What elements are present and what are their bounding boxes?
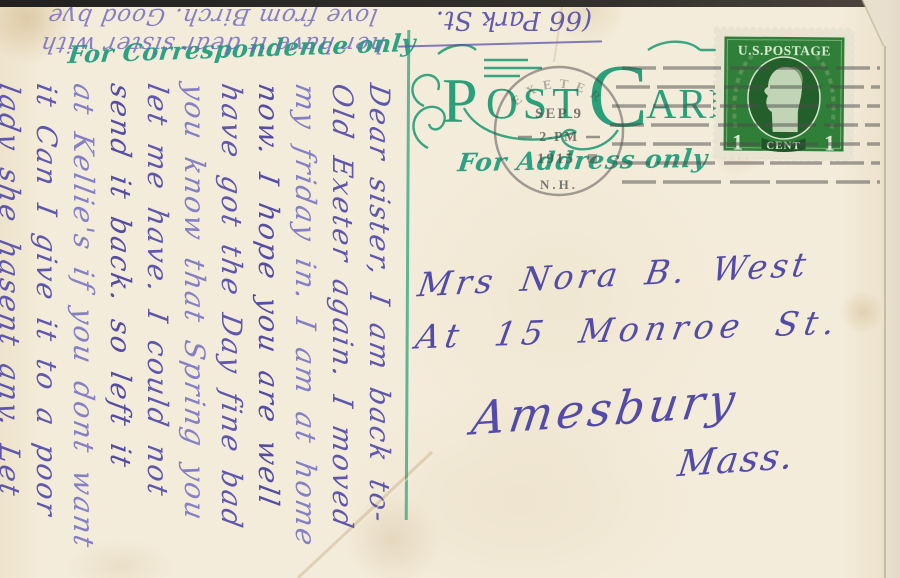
crease-lines — [0, 0, 900, 578]
scan-edge-top — [0, 0, 886, 7]
scan-edge-right — [884, 0, 900, 578]
postcard-scan: For Correspondence only P OST C ARD For … — [0, 0, 900, 578]
corner-fold — [858, 0, 888, 46]
card-paper: For Correspondence only P OST C ARD For … — [0, 0, 900, 578]
